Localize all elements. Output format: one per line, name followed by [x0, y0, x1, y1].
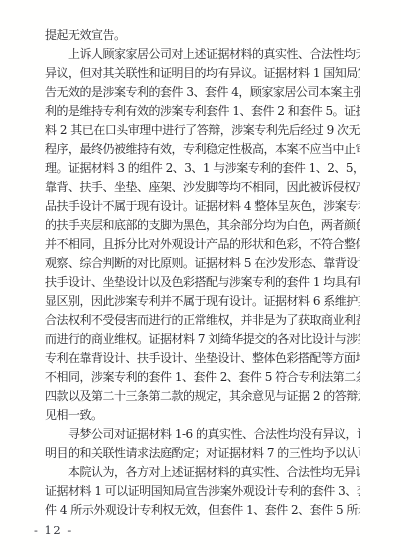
text-line: 程序，最终仍被维持有效，专利稳定性极高，本案不应当中止审 [45, 140, 360, 159]
text-line: 观察、综合判断的对比原则。证据材料 5 在沙发形态、靠背设计、 [45, 254, 360, 273]
text-line: 见相一致。 [45, 406, 360, 425]
text-line: 寻梦公司对证据材料 1-6 的真实性、合法性均没有异议，证 [45, 425, 360, 444]
text-line: 告无效的是涉案专利的套件 3、套件 4，顾家家居公司本案主张权 [45, 83, 360, 102]
text-line: 料 2 其已在口头审理中进行了答辩，涉案专利先后经过 9 次无效 [45, 121, 360, 140]
text-line: 显区别，因此涉案专利并不属于现有设计。证据材料 6 系维护其 [45, 292, 360, 311]
text-line: 扶手设计、坐垫设计以及色彩搭配与涉案专利的套件 1 均具有明 [45, 273, 360, 292]
text-line: 四款以及第二十三条第二款的规定，其余意见与证据 2 的答辩意 [45, 387, 360, 406]
text-line: 提起无效宣告。 [45, 26, 360, 45]
text-line: 的扶手夹层和底部的支脚为黑色，其余部分均为白色，两者颜色 [45, 216, 360, 235]
text-line: 理。证据材料 3 的组件 2、3、1 与涉案专利的套件 1、2、5，在 [45, 159, 360, 178]
text-line: 异议，但对其关联性和证明目的均有异议。证据材料 1 国知局宣 [45, 64, 360, 83]
text-line: 明目的和关联性请求法庭酌定；对证据材料 7 的三性均予以认可。 [45, 444, 360, 463]
page-number: - 12 - [34, 523, 73, 537]
text-line: 并不相同，且拆分比对外观设计产品的形状和色彩，不符合整体 [45, 235, 360, 254]
text-line: 不相同，涉案专利的套件 1、套件 2、套件 5 符合专利法第二条第 [45, 368, 360, 387]
document-page: 提起无效宣告。上诉人顾家家居公司对上述证据材料的真实性、合法性均无异议，但对其关… [0, 0, 401, 557]
text-line: 证据材料 1 可以证明国知局宣告涉案外观设计专利的套件 3、套 [45, 482, 360, 501]
text-line: 本院认为，各方对上述证据材料的真实性、合法性均无异议。 [45, 463, 360, 482]
text-line: 利的是维持专利有效的涉案专利套件 1、套件 2 和套件 5。证据材 [45, 102, 360, 121]
text-line: 上诉人顾家家居公司对上述证据材料的真实性、合法性均无 [45, 45, 360, 64]
text-line: 靠背、扶手、坐垫、座架、沙发脚等均不相同，因此被诉侵权产 [45, 178, 360, 197]
text-line: 而进行的商业维权。证据材料 7 刘绮华提交的各对比设计与涉案 [45, 330, 360, 349]
text-line: 品扶手设计不属于现有设计。证据材料 4 整体呈灰色，涉案专利 [45, 197, 360, 216]
text-line: 专利在靠背设计、扶手设计、坐垫设计、整体色彩搭配等方面均 [45, 349, 360, 368]
text-line: 件 4 所示外观设计专利权无效，但套件 1、套件 2、套件 5 所示外 [45, 501, 360, 520]
text-line: 合法权利不受侵害而进行的正常维权，并非是为了获取商业利益 [45, 311, 360, 330]
page-text: 提起无效宣告。上诉人顾家家居公司对上述证据材料的真实性、合法性均无异议，但对其关… [45, 26, 360, 520]
